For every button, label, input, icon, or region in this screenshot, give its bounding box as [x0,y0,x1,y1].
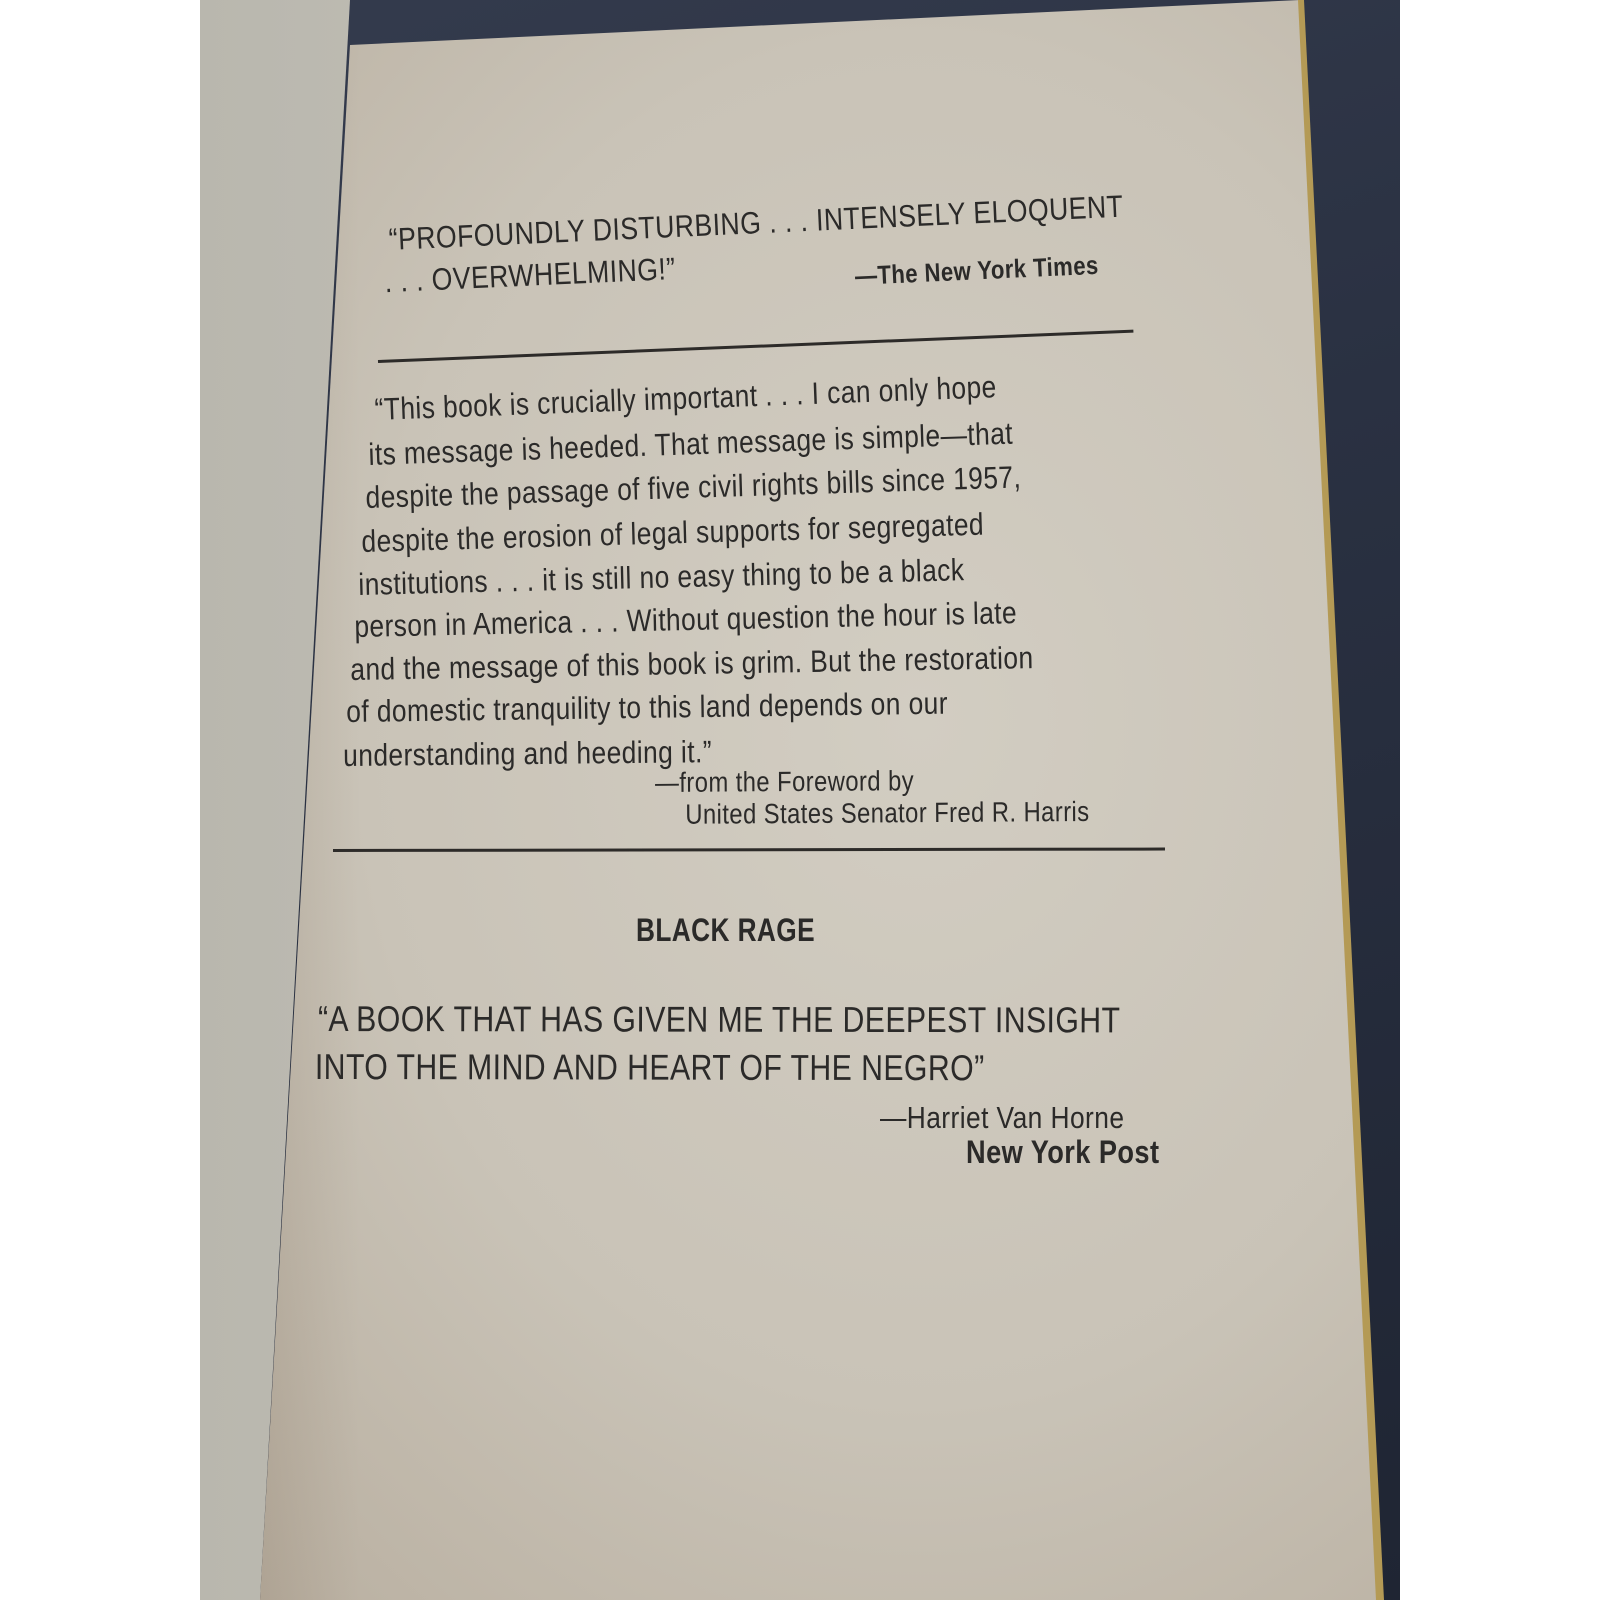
quote-line: person in America . . . Without question… [354,595,1017,645]
divider-rule [333,848,1165,852]
attribution-source: New York Post [966,1134,1159,1171]
quote-line: institutions . . . it is still no easy t… [358,552,965,603]
divider-rule [378,330,1134,363]
quote-line: despite the erosion of legal supports fo… [361,507,984,560]
quote-line: and the message of this book is grim. Bu… [350,640,1034,688]
quote-line: “A BOOK THAT HAS GIVEN ME THE DEEPEST IN… [318,998,1121,1041]
book-title: BLACK RAGE [636,912,815,949]
quote-line: “PROFOUNDLY DISTURBING . . . INTENSELY E… [388,189,1124,258]
attribution: —The New York Times [854,250,1099,292]
page-text: “PROFOUNDLY DISTURBING . . . INTENSELY E… [0,0,1600,1600]
quote-line: . . . OVERWHELMING!” [384,251,676,300]
quote-line: of domestic tranquility to this land dep… [346,686,948,730]
attribution-line: United States Senator Fred R. Harris [685,796,1089,831]
attribution-name: —Harriet Van Horne [880,1100,1124,1136]
attribution-line: —from the Foreword by [655,765,914,799]
quote-line: INTO THE MIND AND HEART OF THE NEGRO” [315,1046,985,1089]
